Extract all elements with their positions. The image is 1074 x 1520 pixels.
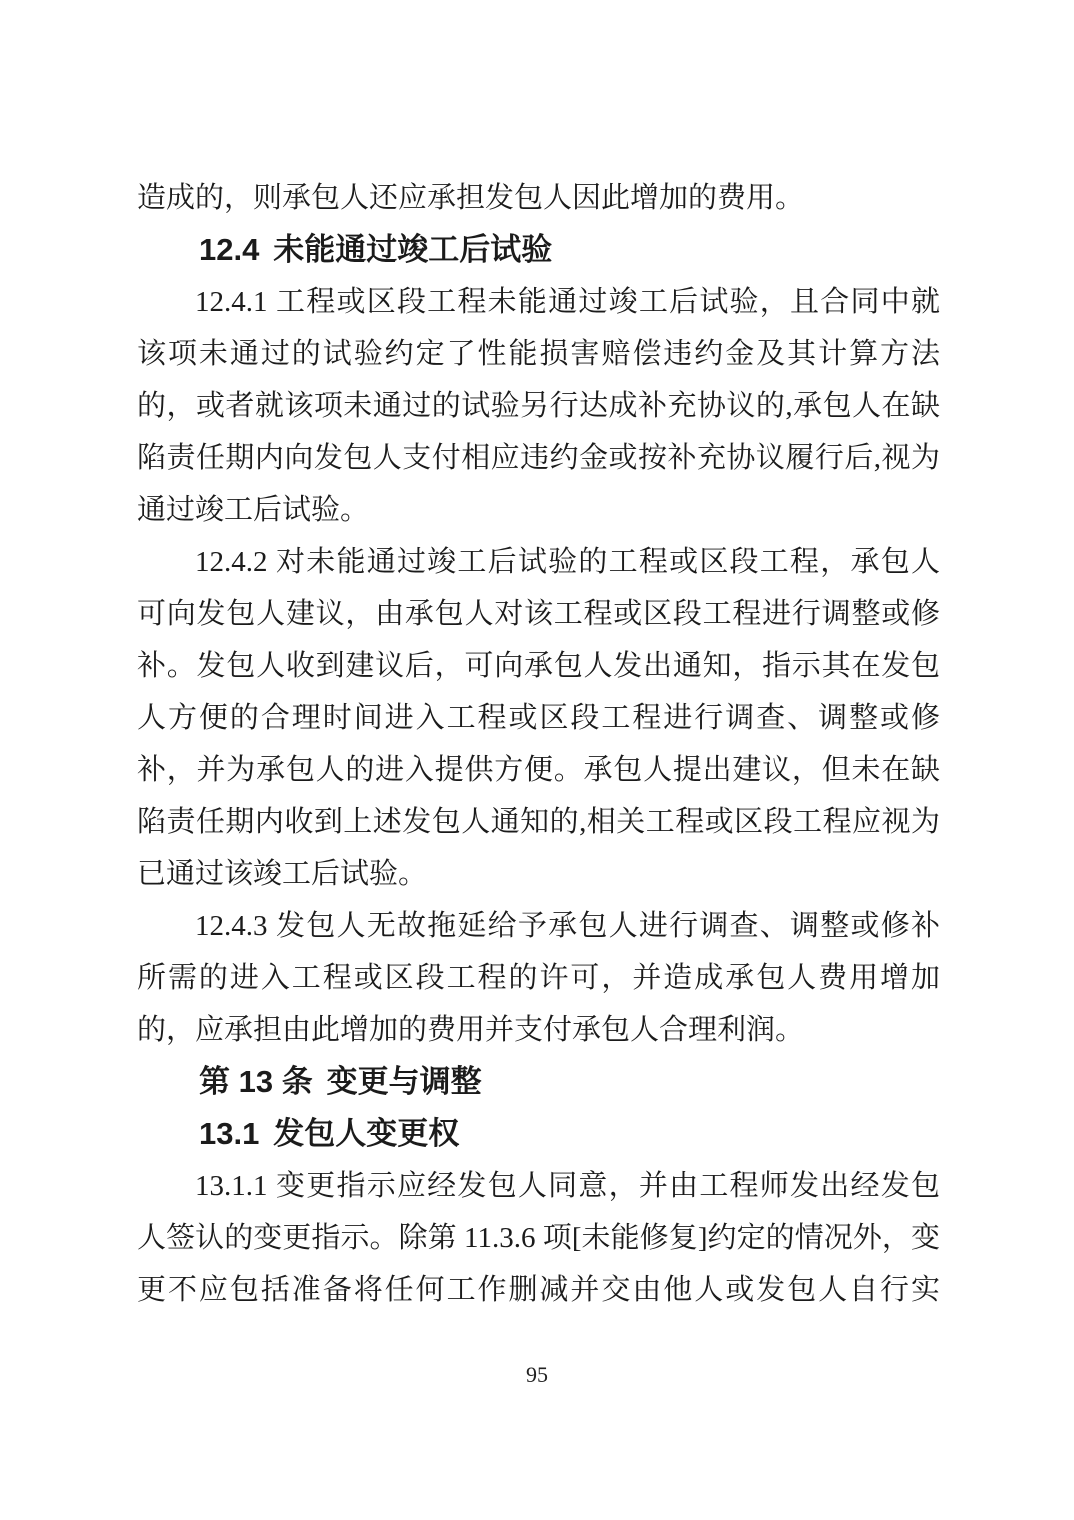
section-heading-13-1: 13.1发包人变更权 (137, 1108, 940, 1160)
section-title: 未能通过竣工后试验 (273, 232, 552, 267)
paragraph-13-1-1: 13.1.1 变更指示应经发包人同意，并由工程师发出经发包人签认的变更指示。除第… (137, 1160, 940, 1316)
section-number: 13.1 (199, 1116, 259, 1151)
paragraph-12-4-1: 12.4.1 工程或区段工程未能通过竣工后试验，且合同中就该项未通过的试验约定了… (137, 276, 940, 536)
article-heading-13: 第 13 条变更与调整 (137, 1056, 940, 1108)
paragraph-12-4-3: 12.4.3 发包人无故拖延给予承包人进行调查、调整或修补所需的进入工程或区段工… (137, 900, 940, 1056)
paragraph-12-4-2: 12.4.2 对未能通过竣工后试验的工程或区段工程，承包人可向发包人建议，由承包… (137, 536, 940, 900)
article-title: 变更与调整 (327, 1064, 482, 1099)
page-number: 95 (0, 1362, 1074, 1388)
section-title: 发包人变更权 (273, 1116, 459, 1151)
section-heading-12-4: 12.4未能通过竣工后试验 (137, 224, 940, 276)
article-number: 第 13 条 (199, 1064, 313, 1099)
paragraph-continuation: 造成的，则承包人还应承担发包人因此增加的费用。 (137, 172, 940, 224)
document-page-body: 造成的，则承包人还应承担发包人因此增加的费用。 12.4未能通过竣工后试验 12… (137, 172, 940, 1316)
section-number: 12.4 (199, 232, 259, 267)
